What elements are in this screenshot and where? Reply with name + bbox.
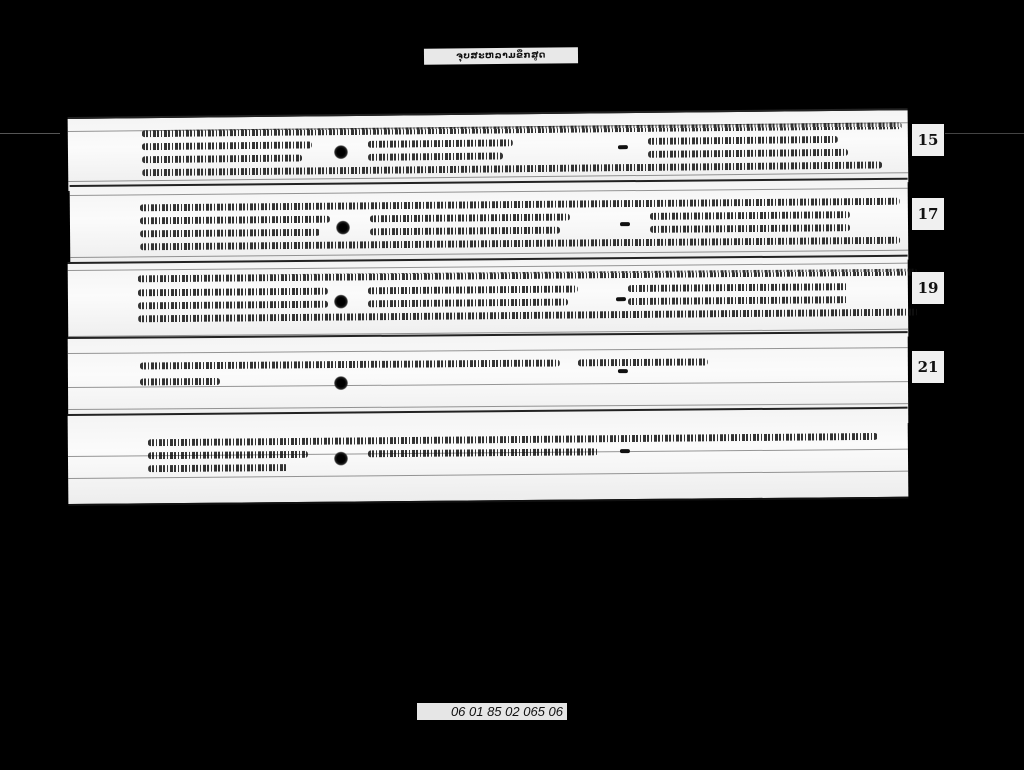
text-line (628, 281, 848, 292)
text-line (368, 137, 513, 148)
text-line (138, 307, 918, 323)
text-line (368, 150, 503, 160)
text-line (142, 139, 312, 150)
title-label: ຈຸບສະຫລາມຂຶກສູດ (424, 47, 578, 65)
binding-hole (334, 295, 348, 309)
text-line (140, 235, 900, 251)
binding-hole (334, 145, 348, 159)
text-line (368, 297, 568, 308)
scan-hairline-right (945, 133, 1024, 134)
arrow-mark (616, 297, 626, 301)
text-line (138, 299, 328, 310)
text-line (140, 214, 330, 225)
text-line (370, 225, 560, 236)
text-line (140, 227, 320, 238)
text-line (148, 462, 288, 472)
binding-hole (334, 376, 348, 390)
arrow-mark (620, 222, 630, 226)
text-line (650, 222, 850, 233)
text-line (648, 134, 838, 145)
arrow-mark (618, 145, 628, 149)
text-line (368, 446, 598, 457)
text-line (650, 209, 850, 220)
manuscript-leaf-5 (68, 407, 909, 506)
text-line (140, 376, 220, 386)
page-number-tab: 21 (912, 351, 944, 383)
text-line (648, 147, 848, 158)
text-line (628, 294, 848, 305)
text-line (142, 153, 302, 164)
arrow-mark (620, 449, 630, 453)
text-line (138, 286, 328, 297)
text-line (148, 431, 878, 446)
page-number-tab: 17 (912, 198, 944, 230)
page-number-tab: 15 (912, 124, 944, 156)
text-line (148, 449, 308, 459)
text-line (370, 212, 570, 223)
text-line (578, 357, 708, 367)
binding-hole (334, 452, 348, 466)
text-line (140, 358, 560, 370)
scan-hairline-left (0, 133, 60, 134)
arrow-mark (618, 369, 628, 373)
binding-hole (336, 221, 350, 235)
text-line (368, 284, 578, 295)
reel-id-label: 06 01 85 02 065 06 (417, 703, 567, 720)
page-number-tab: 19 (912, 272, 944, 304)
